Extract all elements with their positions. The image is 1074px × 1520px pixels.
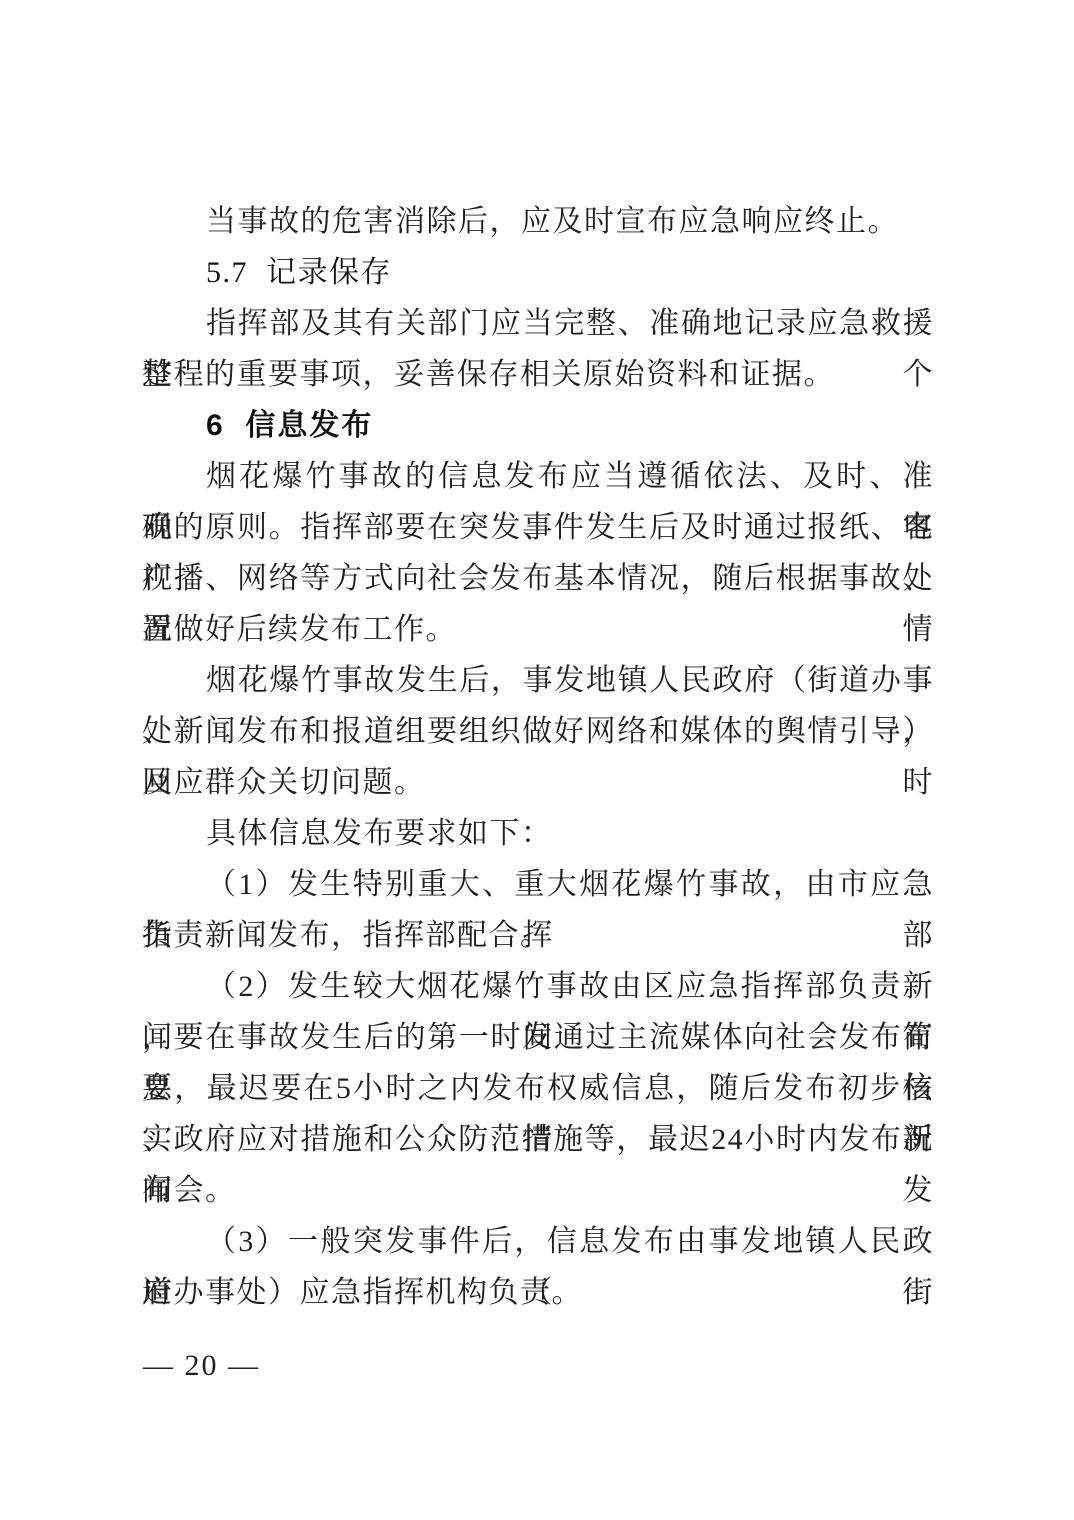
- document-text-block: 当事故的危害消除后，应及时宣布应急响应终止。 5.7 记录保存 指挥部及其有关部…: [142, 196, 934, 1318]
- document-page: 当事故的危害消除后，应及时宣布应急响应终止。 5.7 记录保存 指挥部及其有关部…: [0, 0, 1074, 1520]
- list-item-2-line: ，要在事故发生后的第一时间通过主流媒体向社会发布简要信: [142, 1012, 934, 1063]
- paragraph-line: 指挥部及其有关部门应当完整、准确地记录应急救援整个: [142, 298, 934, 349]
- paragraph-line: 观的原则。指挥部要在突发事件发生后及时通过报纸、电视、: [142, 502, 934, 553]
- paragraph-line: 过程的重要事项，妥善保存相关原始资料和证据。: [142, 349, 934, 400]
- page-number: — 20 —: [143, 1340, 260, 1391]
- list-item-2-line: （2）发生较大烟花爆竹事故由区应急指挥部负责新闻发布: [142, 961, 934, 1012]
- section-heading-6: 6 信息发布: [142, 400, 934, 451]
- list-item-2-line: 息，最迟要在5小时之内发布权威信息，随后发布初步核实情况: [142, 1063, 934, 1114]
- list-item-1-line: （1）发生特别重大、重大烟花爆竹事故，由市应急指挥部: [142, 859, 934, 910]
- section-heading-5-7: 5.7 记录保存: [142, 247, 934, 298]
- list-item-3-line: （3）一般突发事件后，信息发布由事发地镇人民政府（街: [142, 1216, 934, 1267]
- paragraph-line: 烟花爆竹事故发生后，事发地镇人民政府（街道办事处）: [142, 655, 934, 706]
- list-item-2-line: 、政府应对措施和公众防范措施等，最迟24小时内发布新闻发: [142, 1114, 934, 1165]
- paragraph-line: 当事故的危害消除后，应及时宣布应急响应终止。: [142, 196, 934, 247]
- paragraph-line: 烟花爆竹事故的信息发布应当遵循依法、及时、准确、客: [142, 451, 934, 502]
- paragraph-line: 、新闻发布和报道组要组织做好网络和媒体的舆情引导，及时: [142, 706, 934, 757]
- paragraph-line: 广播、网络等方式向社会发布基本情况，随后根据事故处置情: [142, 553, 934, 604]
- paragraph-line: 具体信息发布要求如下：: [142, 808, 934, 859]
